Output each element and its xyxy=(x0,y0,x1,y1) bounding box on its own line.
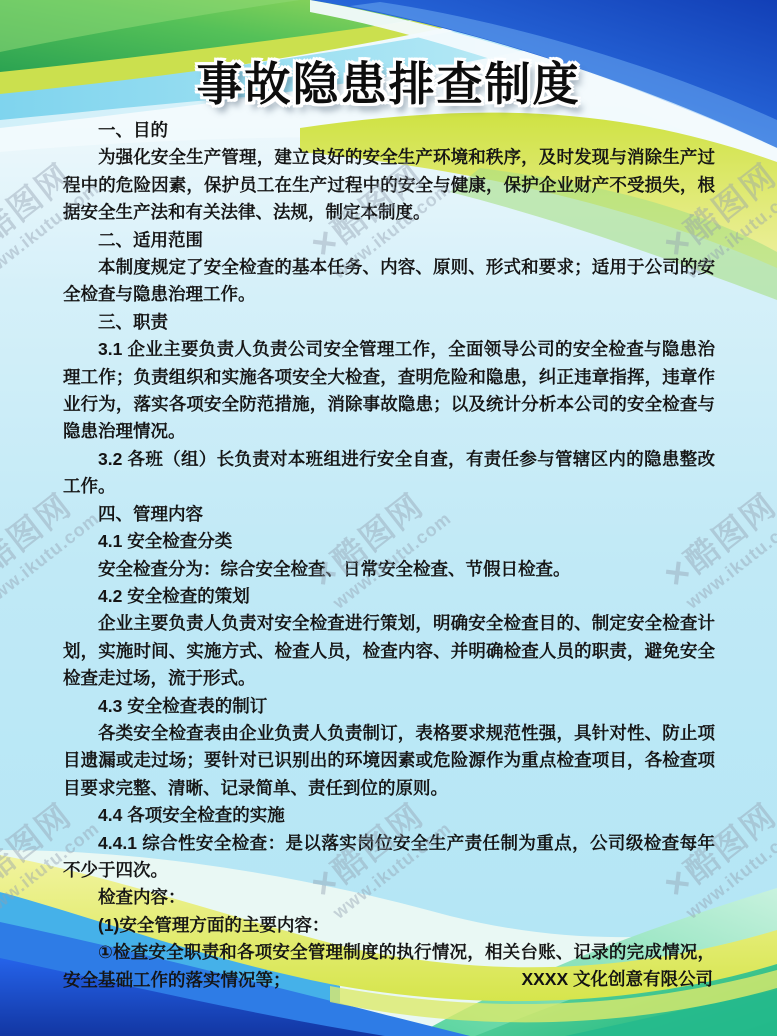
poster-title: 事故隐患排查制度 xyxy=(0,48,777,114)
body-paragraph: 4.3 安全检查表的制订 xyxy=(63,693,715,720)
body-paragraph: 4.1 安全检查分类 xyxy=(63,528,715,555)
body-paragraph: 为强化安全生产管理，建立良好的安全生产环境和秩序，及时发现与消除生产过程中的危险… xyxy=(63,144,715,226)
body-paragraph: 三、职责 xyxy=(63,309,715,336)
body-paragraph: 4.4 各项安全检查的实施 xyxy=(63,802,715,829)
body-paragraph: 3.1 企业主要负责人负责公司安全管理工作，全面领导公司的安全检查与隐患治理工作… xyxy=(63,336,715,446)
body-paragraph: 一、目的 xyxy=(63,117,715,144)
poster: 事故隐患排查制度 一、目的为强化安全生产管理，建立良好的安全生产环境和秩序，及时… xyxy=(0,0,777,1036)
company-signature: XXXX 文化创意有限公司 xyxy=(0,966,713,991)
body-paragraph: 企业主要负责人负责对安全检查进行策划，明确安全检查目的、制定安全检查计划，实施时… xyxy=(63,610,715,692)
body-paragraph: 4.4.1 综合性安全检查：是以落实岗位安全生产责任制为重点，公司级检查每年不少… xyxy=(63,830,715,885)
body-paragraph: 四、管理内容 xyxy=(63,501,715,528)
body-paragraph: 二、适用范围 xyxy=(63,227,715,254)
body-paragraph: 安全检查分为：综合安全检查、日常安全检查、节假日检查。 xyxy=(63,556,715,583)
body-paragraph: 4.2 安全检查的策划 xyxy=(63,583,715,610)
body-paragraph: 检查内容： xyxy=(63,884,715,911)
body-paragraph: (1)安全管理方面的主要内容： xyxy=(63,912,715,939)
body-paragraph: 本制度规定了安全检查的基本任务、内容、原则、形式和要求；适用于公司的安全检查与隐… xyxy=(63,254,715,309)
body-paragraph: 各类安全检查表由企业负责人负责制订，表格要求规范性强，具针对性、防止项目遗漏或走… xyxy=(63,720,715,802)
body-paragraph: 3.2 各班（组）长负责对本班组进行安全自查，有责任参与管辖区内的隐患整改工作。 xyxy=(63,446,715,501)
document-body: 一、目的为强化安全生产管理，建立良好的安全生产环境和秩序，及时发现与消除生产过程… xyxy=(63,117,715,994)
